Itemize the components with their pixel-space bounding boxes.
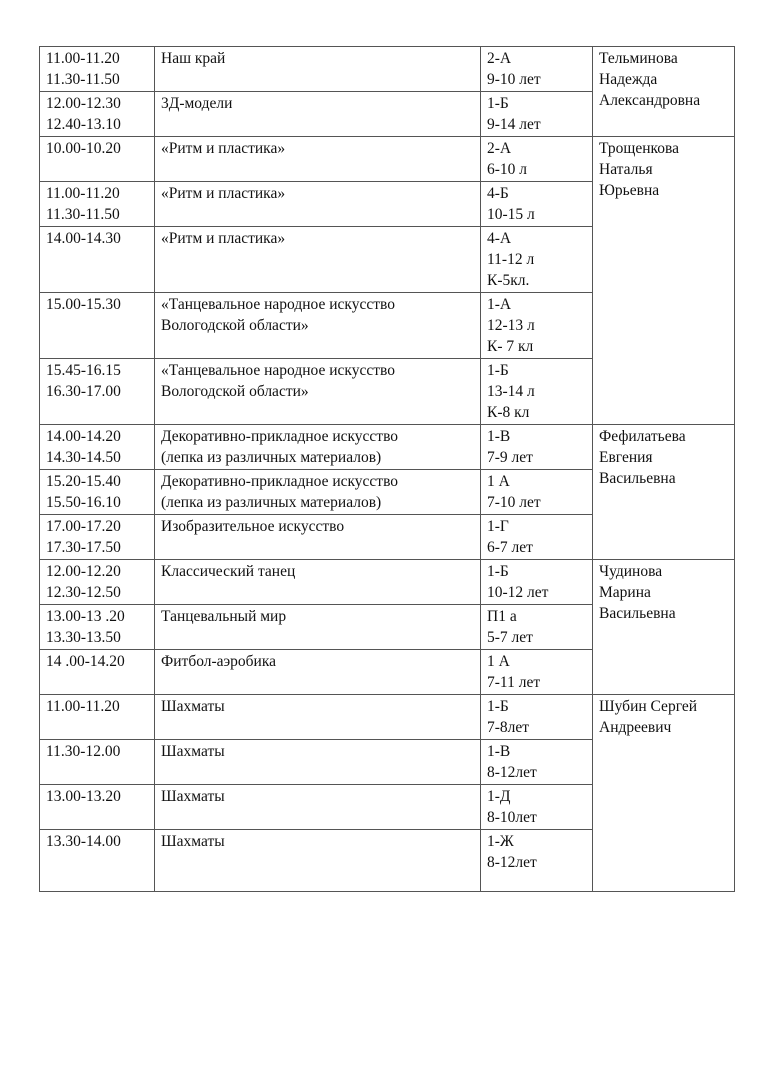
- group-cell-line: К-8 кл: [487, 402, 586, 423]
- schedule-row: 12.00-12.2012.30-12.50Классический танец…: [40, 560, 735, 605]
- group-cell: 1-Б13-14 лК-8 кл: [481, 359, 593, 425]
- time-cell-line: 10.00-10.20: [46, 138, 148, 159]
- group-cell-line: 11-12 л: [487, 249, 586, 270]
- subject-cell-line: Вологодской области»: [161, 381, 474, 402]
- time-cell: 15.20-15.4015.50-16.10: [40, 470, 155, 515]
- subject-cell-line: Изобразительное искусство: [161, 516, 474, 537]
- group-cell-line: 6-10 л: [487, 159, 586, 180]
- time-cell-line: 12.30-12.50: [46, 582, 148, 603]
- subject-cell: Наш край: [155, 47, 481, 92]
- group-cell: 1-Б7-8лет: [481, 695, 593, 740]
- subject-cell-line: (лепка из различных материалов): [161, 447, 474, 468]
- teacher-cell: ТрощенковаНатальяЮрьевна: [593, 137, 735, 425]
- teacher-cell: ФефилатьеваЕвгенияВасильевна: [593, 425, 735, 560]
- time-cell-line: 16.30-17.00: [46, 381, 148, 402]
- schedule-row: 14.00-14.2014.30-14.50Декоративно-прикла…: [40, 425, 735, 470]
- schedule-table: 11.00-11.2011.30-11.50Наш край2-А9-10 ле…: [39, 46, 735, 892]
- teacher-name-line: Фефилатьева: [599, 426, 728, 447]
- group-cell-line: 1 А: [487, 651, 586, 672]
- teacher-name-line: Тельминова: [599, 48, 728, 69]
- schedule-row: 10.00-10.20«Ритм и пластика»2-А6-10 лТро…: [40, 137, 735, 182]
- subject-cell: Шахматы: [155, 785, 481, 830]
- time-cell: 13.00-13.20: [40, 785, 155, 830]
- subject-cell: Шахматы: [155, 740, 481, 785]
- subject-cell-line: Шахматы: [161, 786, 474, 807]
- time-cell-line: 15.50-16.10: [46, 492, 148, 513]
- group-cell-line: 1-В: [487, 741, 586, 762]
- subject-cell: Танцевальный мир: [155, 605, 481, 650]
- time-cell: 11.00-11.20: [40, 695, 155, 740]
- teacher-cell: ТельминоваНадеждаАлександровна: [593, 47, 735, 137]
- time-cell: 11.00-11.2011.30-11.50: [40, 182, 155, 227]
- teacher-name-line: Трощенкова: [599, 138, 728, 159]
- teacher-name-line: Андреевич: [599, 717, 728, 738]
- group-cell: 1 А7-10 лет: [481, 470, 593, 515]
- subject-cell-line: Шахматы: [161, 741, 474, 762]
- time-cell-line: 11.30-11.50: [46, 69, 148, 90]
- time-cell: 13.30-14.00: [40, 830, 155, 892]
- group-cell: 1-Г6-7 лет: [481, 515, 593, 560]
- time-cell-line: 12.00-12.20: [46, 561, 148, 582]
- subject-cell-line: 3Д-модели: [161, 93, 474, 114]
- subject-cell-line: Декоративно-прикладное искусство: [161, 471, 474, 492]
- group-cell-line: 1-Б: [487, 93, 586, 114]
- group-cell: 4-Б10-15 л: [481, 182, 593, 227]
- subject-cell: «Танцевальное народное искусствоВологодс…: [155, 293, 481, 359]
- time-cell: 14.00-14.2014.30-14.50: [40, 425, 155, 470]
- time-cell-line: 13.30-13.50: [46, 627, 148, 648]
- time-cell-line: 13.30-14.00: [46, 831, 148, 852]
- time-cell-line: 14 .00-14.20: [46, 651, 148, 672]
- group-cell-line: 7-10 лет: [487, 492, 586, 513]
- time-cell: 14 .00-14.20: [40, 650, 155, 695]
- subject-cell: 3Д-модели: [155, 92, 481, 137]
- group-cell: 1-В8-12лет: [481, 740, 593, 785]
- subject-cell-line: Танцевальный мир: [161, 606, 474, 627]
- teacher-name-line: Александровна: [599, 90, 728, 111]
- subject-cell-line: «Ритм и пластика»: [161, 138, 474, 159]
- group-cell-line: 4-Б: [487, 183, 586, 204]
- teacher-name-line: Наталья: [599, 159, 728, 180]
- group-cell: 1-Б9-14 лет: [481, 92, 593, 137]
- subject-cell-line: Фитбол-аэробика: [161, 651, 474, 672]
- group-cell: 1 А7-11 лет: [481, 650, 593, 695]
- group-cell: 4-А11-12 лК-5кл.: [481, 227, 593, 293]
- group-cell-line: 1-В: [487, 426, 586, 447]
- group-cell-line: 1-Б: [487, 360, 586, 381]
- group-cell-line: 1-Д: [487, 786, 586, 807]
- group-cell: 1-Б10-12 лет: [481, 560, 593, 605]
- time-cell-line: 15.00-15.30: [46, 294, 148, 315]
- time-cell-line: 11.30-12.00: [46, 741, 148, 762]
- group-cell: 2-А9-10 лет: [481, 47, 593, 92]
- group-cell: 2-А6-10 л: [481, 137, 593, 182]
- group-cell-line: 1-Г: [487, 516, 586, 537]
- group-cell-line: 1-Ж: [487, 831, 586, 852]
- time-cell: 11.30-12.00: [40, 740, 155, 785]
- time-cell-line: 15.20-15.40: [46, 471, 148, 492]
- schedule-body: 11.00-11.2011.30-11.50Наш край2-А9-10 ле…: [40, 47, 735, 892]
- teacher-name-line: Васильевна: [599, 468, 728, 489]
- group-cell-line: 6-7 лет: [487, 537, 586, 558]
- group-cell-line: К-5кл.: [487, 270, 586, 291]
- time-cell: 13.00-13 .2013.30-13.50: [40, 605, 155, 650]
- group-cell-line: 7-11 лет: [487, 672, 586, 693]
- group-cell-line: 9-10 лет: [487, 69, 586, 90]
- time-cell: 12.00-12.3012.40-13.10: [40, 92, 155, 137]
- group-cell-line: 8-12лет: [487, 762, 586, 783]
- time-cell: 12.00-12.2012.30-12.50: [40, 560, 155, 605]
- subject-cell-line: «Танцевальное народное искусство: [161, 294, 474, 315]
- time-cell-line: 13.00-13 .20: [46, 606, 148, 627]
- group-cell: 1-А12-13 лК- 7 кл: [481, 293, 593, 359]
- subject-cell: «Ритм и пластика»: [155, 182, 481, 227]
- subject-cell: Шахматы: [155, 695, 481, 740]
- group-cell-line: 12-13 л: [487, 315, 586, 336]
- time-cell-line: 14.00-14.30: [46, 228, 148, 249]
- subject-cell: Декоративно-прикладное искусство(лепка и…: [155, 470, 481, 515]
- group-cell-line: 5-7 лет: [487, 627, 586, 648]
- teacher-name-line: Марина: [599, 582, 728, 603]
- time-cell: 17.00-17.2017.30-17.50: [40, 515, 155, 560]
- teacher-name-line: Чудинова: [599, 561, 728, 582]
- time-cell-line: 11.00-11.20: [46, 696, 148, 717]
- teacher-name-line: Евгения: [599, 447, 728, 468]
- time-cell-line: 11.00-11.20: [46, 183, 148, 204]
- group-cell-line: 1-Б: [487, 696, 586, 717]
- time-cell: 11.00-11.2011.30-11.50: [40, 47, 155, 92]
- group-cell-line: 4-А: [487, 228, 586, 249]
- group-cell: 1-В7-9 лет: [481, 425, 593, 470]
- group-cell: 1-Д8-10лет: [481, 785, 593, 830]
- time-cell: 15.45-16.1516.30-17.00: [40, 359, 155, 425]
- subject-cell: Шахматы: [155, 830, 481, 892]
- group-cell-line: 10-15 л: [487, 204, 586, 225]
- time-cell-line: 15.45-16.15: [46, 360, 148, 381]
- group-cell-line: 9-14 лет: [487, 114, 586, 135]
- time-cell-line: 17.00-17.20: [46, 516, 148, 537]
- schedule-row: 11.00-11.2011.30-11.50Наш край2-А9-10 ле…: [40, 47, 735, 92]
- teacher-cell: ЧудиноваМаринаВасильевна: [593, 560, 735, 695]
- subject-cell-line: Вологодской области»: [161, 315, 474, 336]
- group-cell-line: К- 7 кл: [487, 336, 586, 357]
- subject-cell: Классический танец: [155, 560, 481, 605]
- time-cell-line: 17.30-17.50: [46, 537, 148, 558]
- subject-cell: Фитбол-аэробика: [155, 650, 481, 695]
- time-cell: 15.00-15.30: [40, 293, 155, 359]
- group-cell-line: 2-А: [487, 48, 586, 69]
- time-cell-line: 13.00-13.20: [46, 786, 148, 807]
- time-cell-line: 12.40-13.10: [46, 114, 148, 135]
- subject-cell-line: Шахматы: [161, 696, 474, 717]
- group-cell-line: 2-А: [487, 138, 586, 159]
- group-cell-line: 13-14 л: [487, 381, 586, 402]
- subject-cell: Изобразительное искусство: [155, 515, 481, 560]
- time-cell-line: 14.00-14.20: [46, 426, 148, 447]
- time-cell-line: 11.30-11.50: [46, 204, 148, 225]
- subject-cell-line: Наш край: [161, 48, 474, 69]
- subject-cell-line: «Танцевальное народное искусство: [161, 360, 474, 381]
- subject-cell-line: Декоративно-прикладное искусство: [161, 426, 474, 447]
- time-cell: 10.00-10.20: [40, 137, 155, 182]
- group-cell-line: П1 а: [487, 606, 586, 627]
- group-cell-line: 7-8лет: [487, 717, 586, 738]
- teacher-name-line: Шубин Сергей: [599, 696, 728, 717]
- time-cell: 14.00-14.30: [40, 227, 155, 293]
- group-cell: П1 а5-7 лет: [481, 605, 593, 650]
- subject-cell: Декоративно-прикладное искусство(лепка и…: [155, 425, 481, 470]
- time-cell-line: 11.00-11.20: [46, 48, 148, 69]
- group-cell-line: 10-12 лет: [487, 582, 586, 603]
- group-cell-line: 8-12лет: [487, 852, 586, 873]
- group-cell-line: 1 А: [487, 471, 586, 492]
- group-cell-line: 1-А: [487, 294, 586, 315]
- group-cell-line: 1-Б: [487, 561, 586, 582]
- teacher-name-line: Надежда: [599, 69, 728, 90]
- teacher-name-line: Васильевна: [599, 603, 728, 624]
- subject-cell-line: (лепка из различных материалов): [161, 492, 474, 513]
- subject-cell: «Ритм и пластика»: [155, 137, 481, 182]
- subject-cell-line: Шахматы: [161, 831, 474, 852]
- time-cell-line: 14.30-14.50: [46, 447, 148, 468]
- subject-cell: «Танцевальное народное искусствоВологодс…: [155, 359, 481, 425]
- group-cell: 1-Ж8-12лет: [481, 830, 593, 892]
- time-cell-line: 12.00-12.30: [46, 93, 148, 114]
- subject-cell-line: «Ритм и пластика»: [161, 183, 474, 204]
- subject-cell: «Ритм и пластика»: [155, 227, 481, 293]
- schedule-row: 11.00-11.20Шахматы1-Б7-8летШубин СергейА…: [40, 695, 735, 740]
- teacher-name-line: Юрьевна: [599, 180, 728, 201]
- group-cell-line: 7-9 лет: [487, 447, 586, 468]
- teacher-cell: Шубин СергейАндреевич: [593, 695, 735, 892]
- subject-cell-line: Классический танец: [161, 561, 474, 582]
- subject-cell-line: «Ритм и пластика»: [161, 228, 474, 249]
- group-cell-line: 8-10лет: [487, 807, 586, 828]
